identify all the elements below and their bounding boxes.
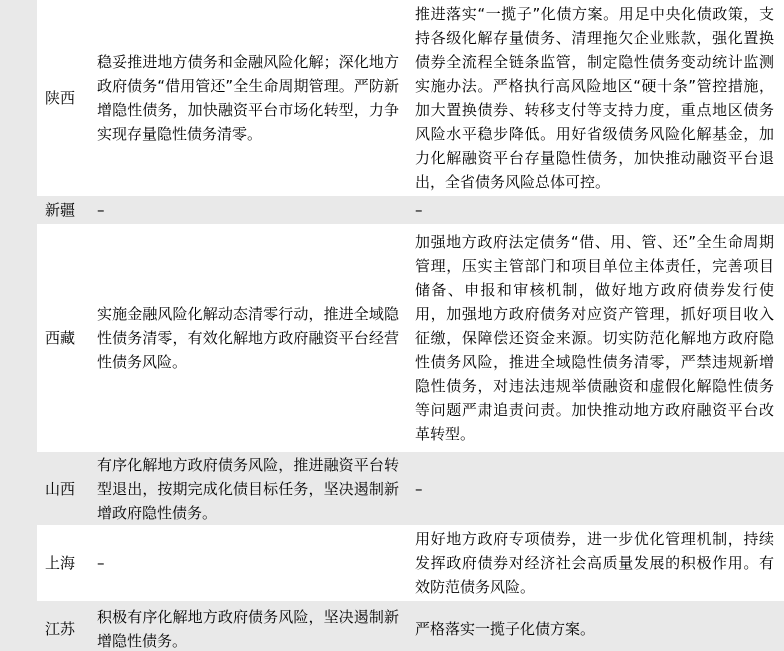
province-label: 陕西 [37,86,97,110]
policy-text-general: 实施金融风险化解动态清零行动，推进全域隐性债务清零，有效化解地方政府融资平台经营… [97,302,415,374]
province-label: 新疆 [37,198,97,222]
table-row-tibet: 西藏 实施金融风险化解动态清零行动，推进全域隐性债务清零，有效化解地方政府融资平… [37,224,784,452]
province-label: 山西 [37,477,97,501]
table-row-shanxi: 山西 有序化解地方政府债务风险，推进融资平台转型退出，按期完成化债目标任务，坚决… [37,452,784,525]
province-label: 江苏 [37,617,97,641]
policy-text-debt-resolution: – [415,198,784,222]
province-label: 上海 [37,551,97,575]
policy-text-general: 积极有序化解地方政府债务风险，坚决遏制新增隐性债务。 [97,605,415,651]
policy-text-debt-resolution: 严格落实一揽子化债方案。 [415,617,784,641]
table-row-xinjiang: 新疆 – – [37,196,784,224]
province-label: 西藏 [37,326,97,350]
policy-text-general: 有序化解地方政府债务风险，推进融资平台转型退出，按期完成化债目标任务，坚决遏制新… [97,453,415,525]
policy-text-debt-resolution: 用好地方政府专项债券，进一步优化管理机制，持续发挥政府债券对经济社会高质量发展的… [415,527,784,599]
table-row-jiangsu: 江苏 积极有序化解地方政府债务风险，坚决遏制新增隐性债务。 严格落实一揽子化债方… [37,601,784,651]
policy-text-general: – [97,551,415,575]
table-row-shaanxi: 陕西 稳妥推进地方债务和金融风险化解；深化地方政府债务“借用管还”全生命周期管理… [37,0,784,196]
policy-text-debt-resolution: 加强地方政府法定债务“借、用、管、还”全生命周期管理，压实主管部门和项目单位主体… [415,230,784,446]
policy-text-debt-resolution: – [415,477,784,501]
policy-text-general: 稳妥推进地方债务和金融风险化解；深化地方政府债务“借用管还”全生命周期管理。严防… [97,50,415,146]
policy-text-debt-resolution: 推进落实“一揽子”化债方案。用足中央化债政策，支持各级化解存量债务、清理拖欠企业… [415,2,784,194]
table-row-shanghai: 上海 – 用好地方政府专项债券，进一步优化管理机制，持续发挥政府债券对经济社会高… [37,525,784,601]
policy-text-general: – [97,198,415,222]
provincial-debt-policy-table: 陕西 稳妥推进地方债务和金融风险化解；深化地方政府债务“借用管还”全生命周期管理… [37,0,784,651]
